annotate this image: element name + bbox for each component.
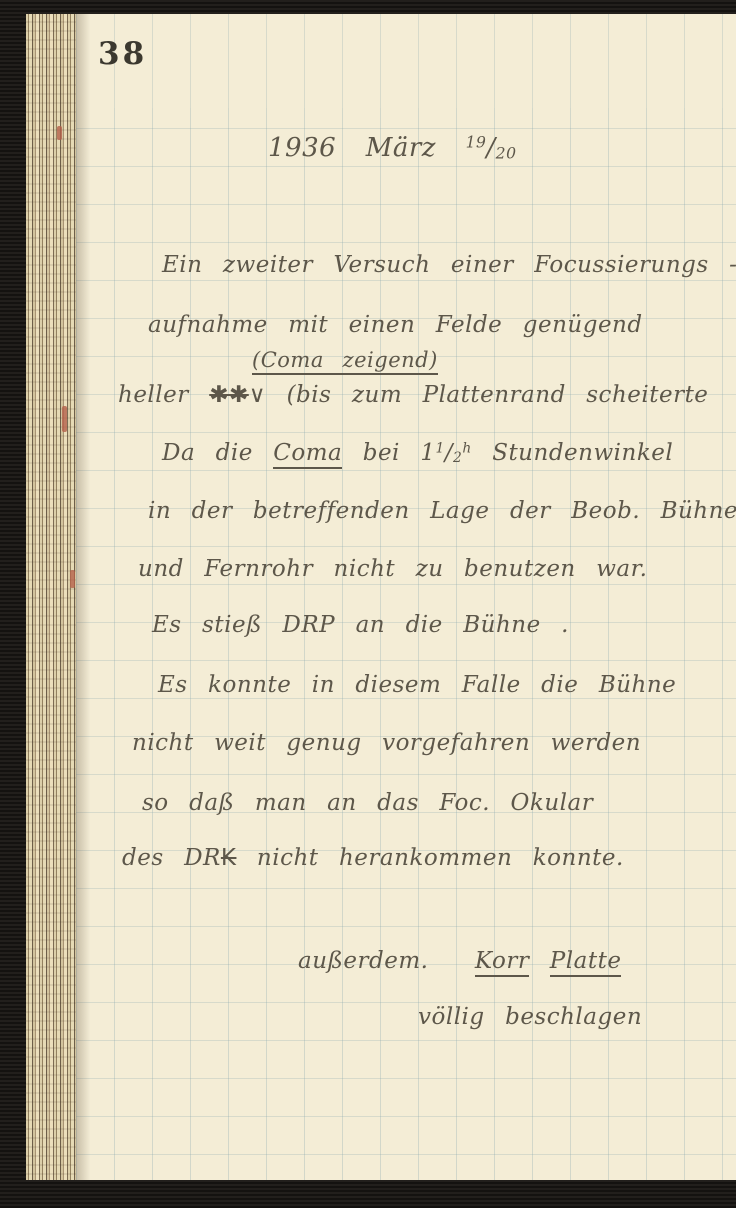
- entry-date-day-slash: /: [486, 133, 495, 163]
- line4-end: Stundenwinkel: [492, 440, 673, 466]
- underlined-word-platte: Platte: [550, 948, 622, 977]
- inserted-note-text: (Coma zeigend): [252, 348, 438, 375]
- struck-star-symbols: ✱✱: [209, 382, 249, 408]
- inserted-note: (Coma zeigend): [252, 348, 438, 372]
- closing-lead: außerdem.: [298, 948, 428, 974]
- line4-frac-slash: /: [445, 440, 453, 466]
- line4-start: Da die: [162, 440, 253, 466]
- line3-start: heller: [118, 382, 189, 408]
- handwriting-line-2: aufnahme mit einen Felde genügend: [148, 312, 643, 338]
- entry-date-main: 1936 März: [268, 133, 436, 163]
- handwriting-line-1: Ein zweiter Versuch einer Focussierungs …: [162, 252, 736, 278]
- handwriting-line-7: Es stieß DRP an die Bühne .: [152, 612, 569, 638]
- line4-mid: bei 1: [363, 440, 436, 466]
- closing-note-line-2: völlig beschlagen: [418, 1004, 642, 1030]
- line4-frac-numerator: 1: [436, 440, 445, 456]
- closing-note-line-1: außerdem. Korr Platte: [298, 948, 621, 974]
- handwriting-line-9: nicht weit genug vorgefahren werden: [132, 730, 641, 756]
- underlined-word-coma: Coma: [273, 440, 342, 469]
- line11-end: nicht herankommen konnte.: [257, 845, 624, 871]
- notebook-scan: 38 1936 März 19/20 Ein zweiter Versuch e…: [0, 0, 736, 1208]
- insertion-caret: ∨: [249, 382, 266, 408]
- underlined-word-korr: Korr: [475, 948, 529, 977]
- handwriting-line-3: heller ✱✱∨ (bis zum Plattenrand scheiter…: [118, 382, 708, 408]
- handwriting-line-11: des DRK nicht herankommen konnte.: [122, 845, 624, 871]
- line4-frac-denominator: 2: [453, 450, 462, 466]
- handwriting-line-10: so daß man an das Foc. Okular: [142, 790, 593, 816]
- entry-date: 1936 März 19/20: [268, 133, 517, 163]
- entry-date-day-numerator: 19: [466, 133, 487, 151]
- handwriting-layer: 1936 März 19/20 Ein zweiter Versuch eine…: [0, 0, 736, 1208]
- handwriting-line-4: Da die Coma bei 11/2h Stundenwinkel: [162, 440, 673, 466]
- line4-hour-superscript: h: [462, 440, 471, 456]
- struck-letter-k: K: [221, 845, 237, 871]
- handwriting-line-6: und Fernrohr nicht zu benutzen war.: [138, 556, 647, 582]
- line11-start: des DR: [122, 845, 221, 871]
- line3-rest: (bis zum Plattenrand scheiterte: [287, 382, 709, 408]
- handwriting-line-5: in der betreffenden Lage der Beob. Bühne…: [148, 498, 736, 524]
- handwriting-line-8: Es konnte in diesem Falle die Bühne: [158, 672, 676, 698]
- entry-date-day-denominator: 20: [496, 144, 517, 162]
